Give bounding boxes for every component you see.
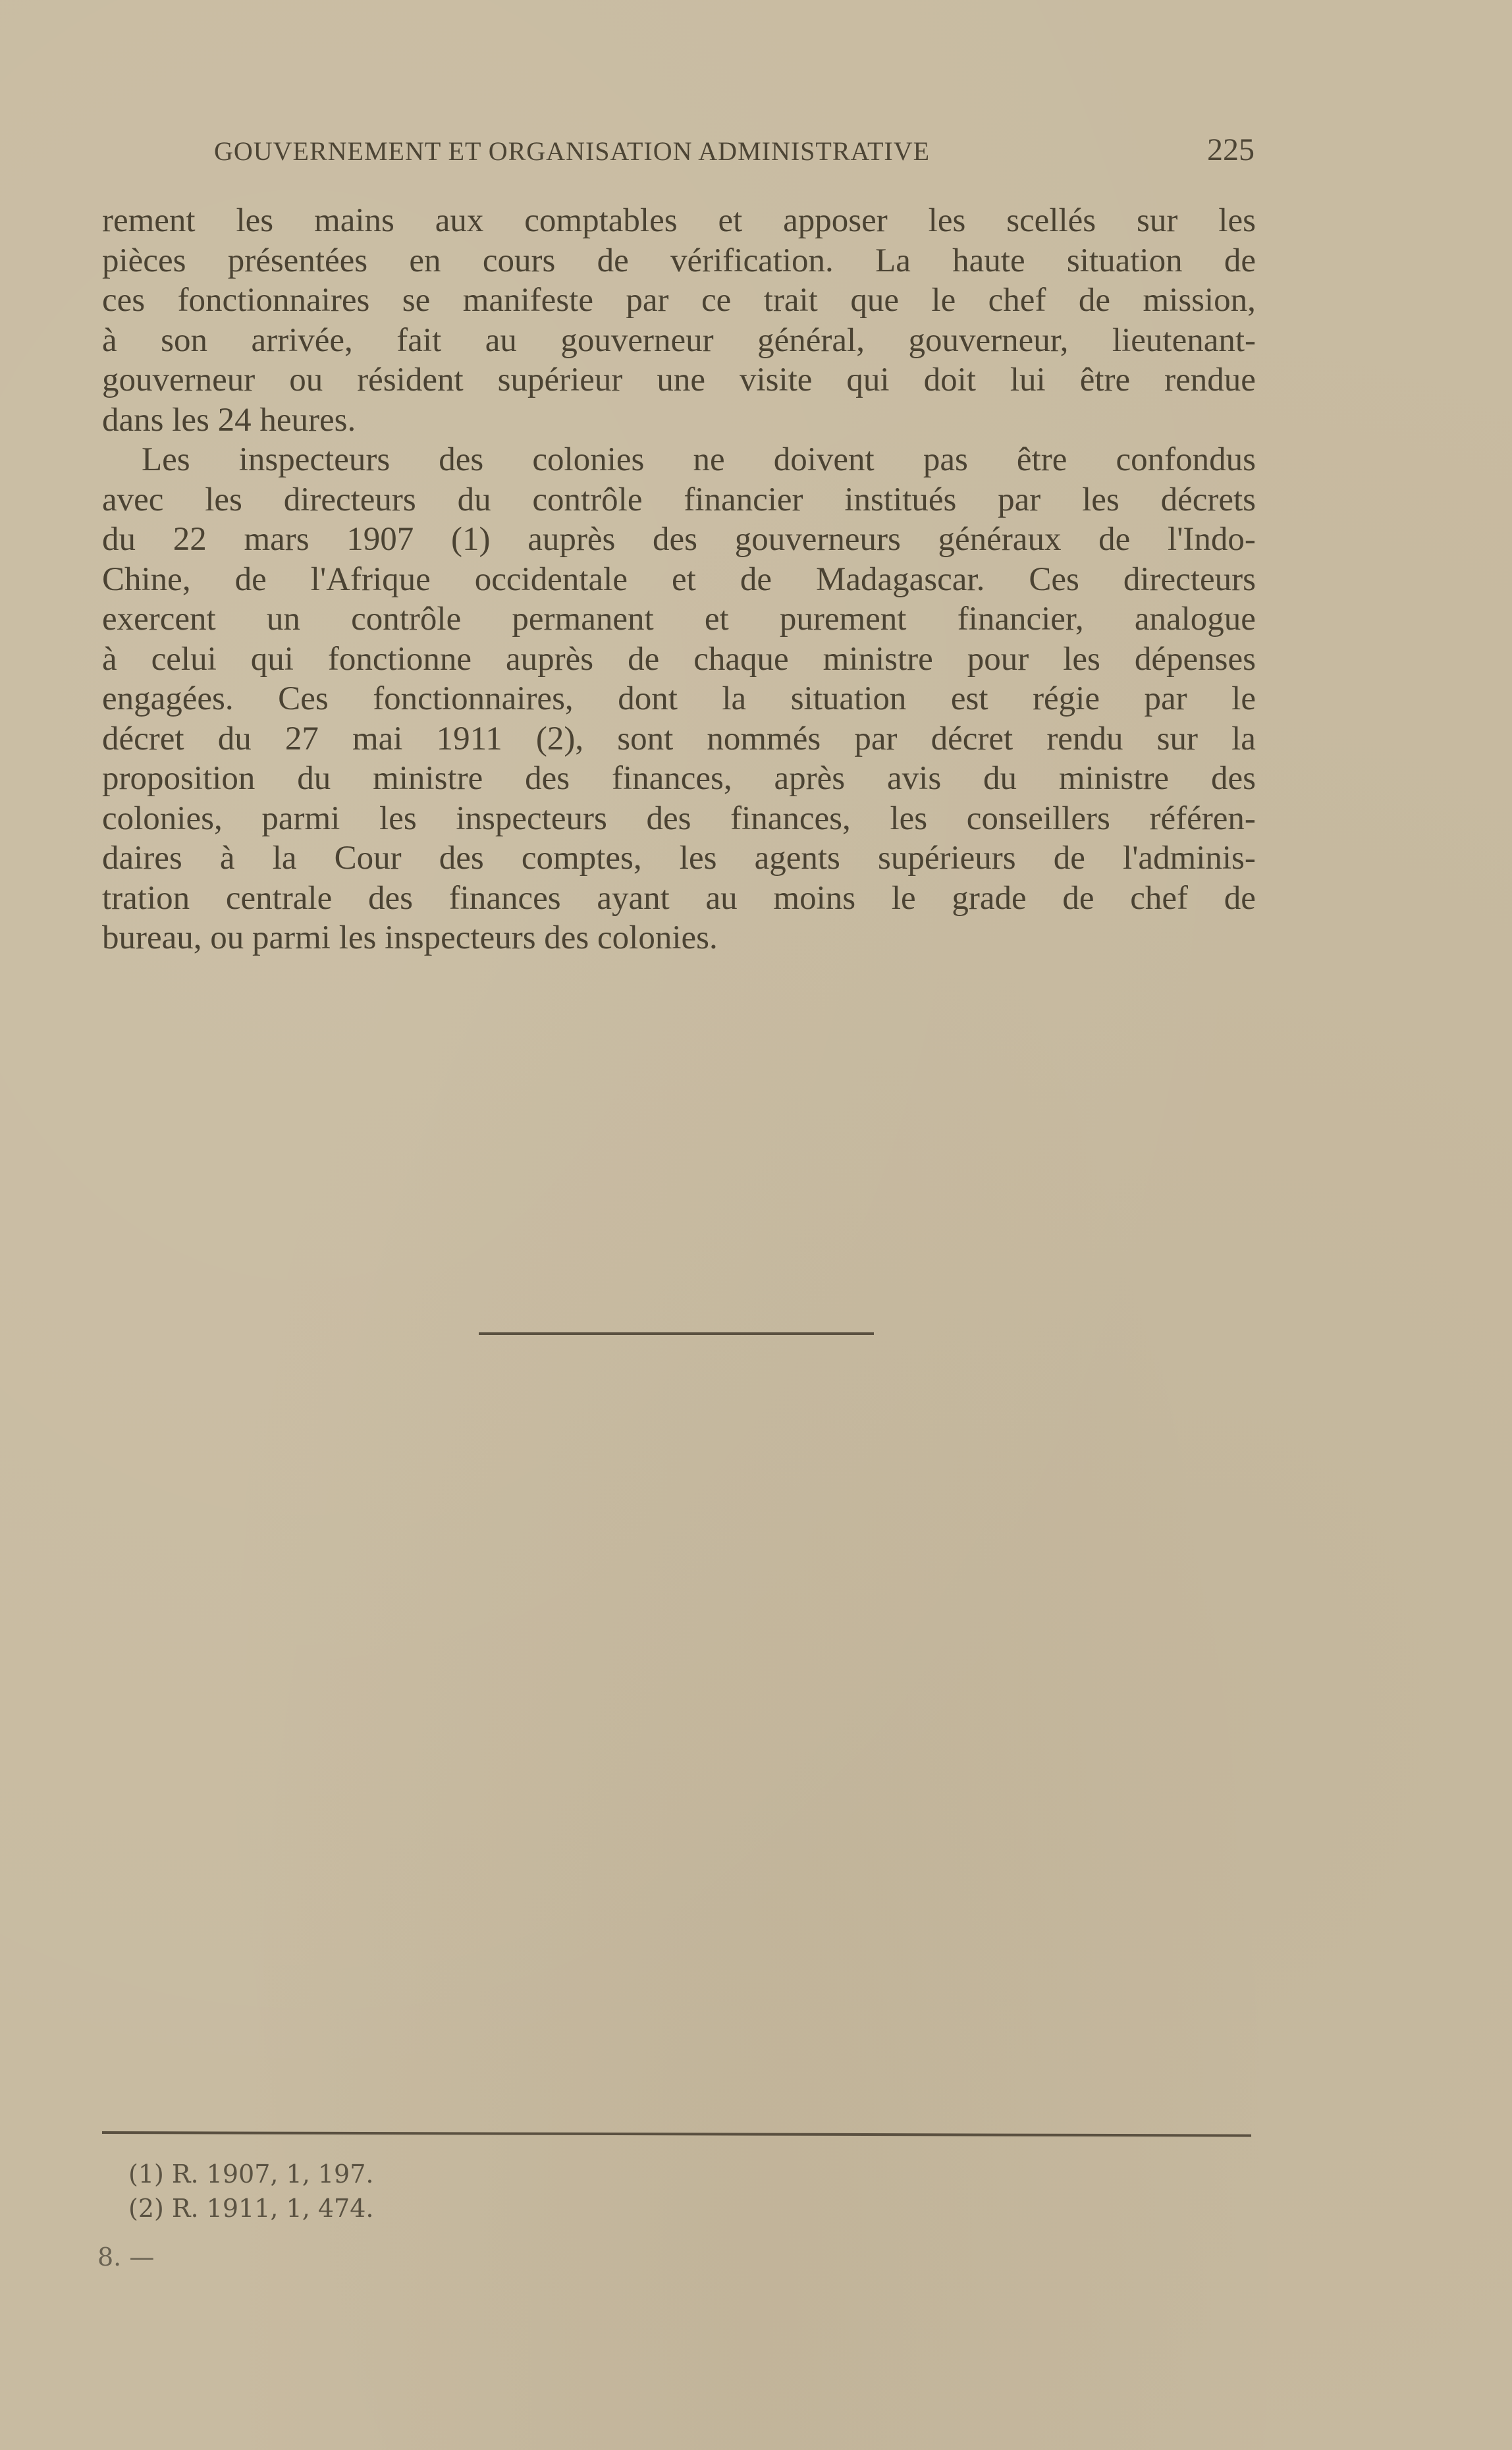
running-title: GOUVERNEMENT ET ORGANISATION ADMINISTRAT… [214, 136, 930, 167]
text-line: aveclesdirecteursducontrôlefinancierinst… [102, 480, 1256, 520]
footnote-rule [102, 2131, 1251, 2137]
page-number: 225 [1207, 132, 1255, 168]
text-line: dans les 24 heures. [102, 400, 1256, 441]
text-line: colonies,parmilesinspecteursdesfinances,… [102, 799, 1256, 839]
text-line: àsonarrivée,faitaugouverneurgénéral,gouv… [102, 321, 1256, 361]
text-line: du22mars1907(1)auprèsdesgouverneursgénér… [102, 520, 1256, 560]
paragraph-2: Lesinspecteursdescoloniesnedoiventpasêtr… [102, 440, 1256, 958]
footnotes: (1) R. 1907, 1, 197. (2) R. 1911, 1, 474… [128, 2157, 374, 2225]
text-line: gouverneurourésidentsupérieurunevisitequ… [102, 360, 1256, 400]
text-line: trationcentraledesfinancesayantaumoinsle… [102, 879, 1256, 919]
text-line: cesfonctionnairessemanifesteparcetraitqu… [102, 281, 1256, 321]
paragraph-1: rementlesmainsauxcomptablesetapposerless… [102, 201, 1256, 440]
text-line: bureau, ou parmi les inspecteurs des col… [102, 918, 1256, 958]
text-line: exercentuncontrôlepermanentetpurementfin… [102, 599, 1256, 640]
running-header: GOUVERNEMENT ET ORGANISATION ADMINISTRAT… [214, 132, 1255, 171]
footnote-1: (1) R. 1907, 1, 197. [128, 2157, 374, 2191]
text-line: Lesinspecteursdescoloniesnedoiventpasêtr… [102, 440, 1256, 480]
footnote-2: (2) R. 1911, 1, 474. [128, 2191, 374, 2225]
text-line: dairesàlaCourdescomptes,lesagentssupérie… [102, 838, 1256, 879]
text-line: engagées.Cesfonctionnaires,dontlasituati… [102, 679, 1256, 719]
text-line: àceluiquifonctionneauprèsdechaqueministr… [102, 640, 1256, 680]
text-line: propositionduministredesfinances,aprèsav… [102, 759, 1256, 799]
printer-signature-mark: 8. — [97, 2243, 154, 2272]
section-separator-rule [479, 1332, 874, 1335]
text-line: piècesprésentéesencoursdevérification.La… [102, 241, 1256, 281]
text-line: décretdu27mai1911(2),sontnomméspardécret… [102, 719, 1256, 759]
body-text: rementlesmainsauxcomptablesetapposerless… [102, 201, 1256, 958]
text-line: Chine,del'AfriqueoccidentaleetdeMadagasc… [102, 560, 1256, 600]
text-line: rementlesmainsauxcomptablesetapposerless… [102, 201, 1256, 241]
